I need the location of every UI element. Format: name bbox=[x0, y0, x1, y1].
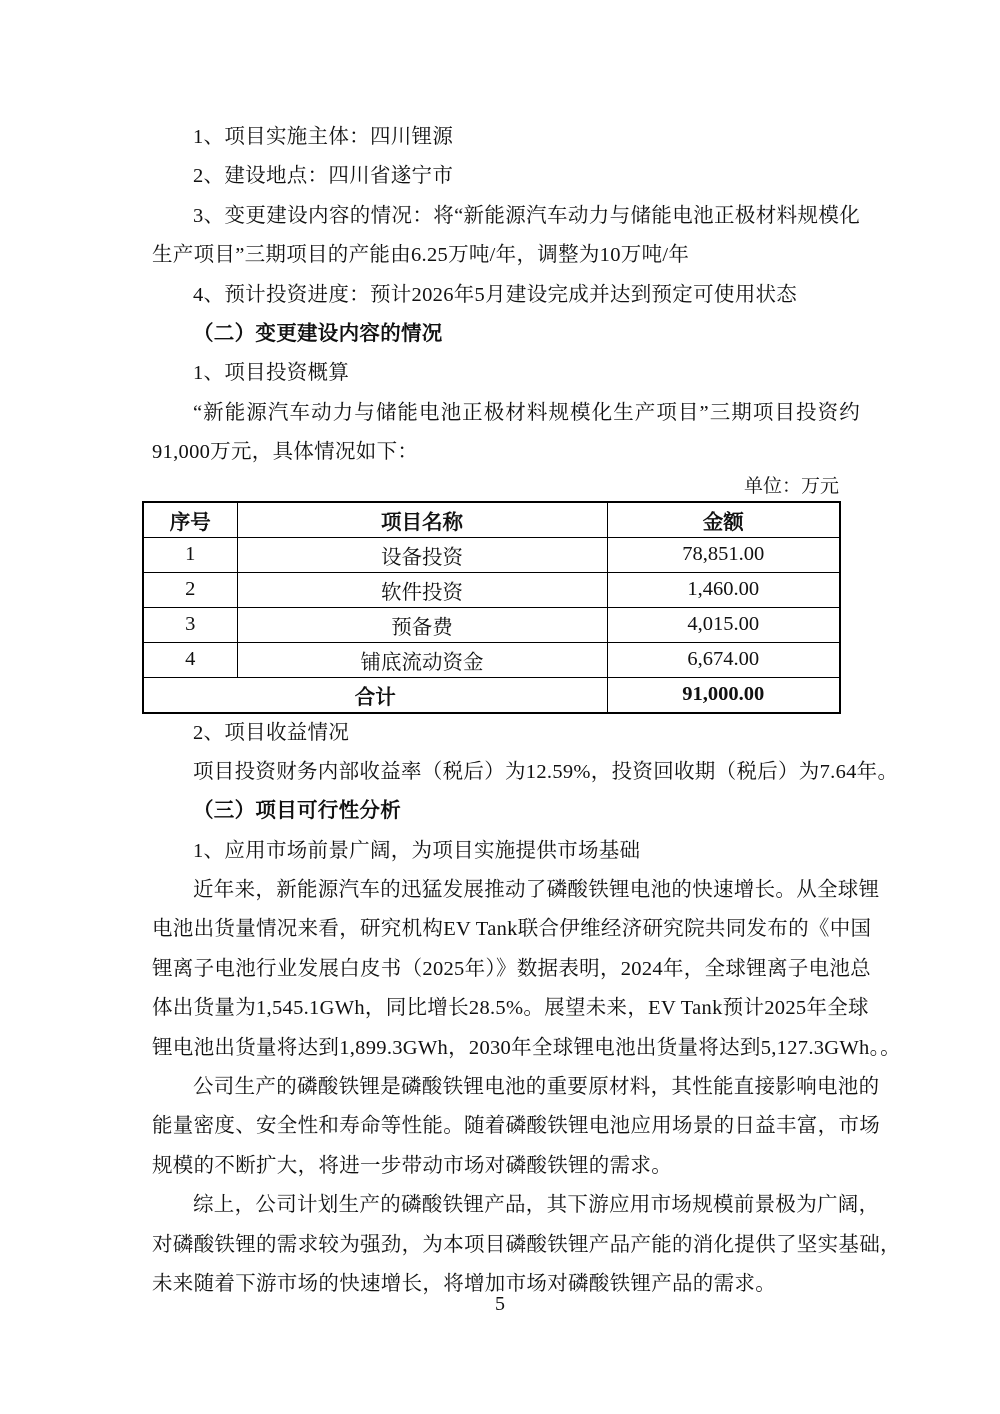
text-line: 近年来，新能源汽车的迅猛发展推动了磷酸铁锂电池的快速增长。从全球锂 bbox=[152, 871, 860, 910]
document-content: 1、项目实施主体：四川锂源2、建设地点：四川省遂宁市3、变更建设内容的情况：将“… bbox=[152, 118, 860, 1304]
text-line: 项目投资财务内部收益率（税后）为12.59%，投资回收期（税后）为7.64年。 bbox=[152, 753, 860, 792]
table-unit-note: 单位：万元 bbox=[142, 473, 839, 501]
table-row: 2软件投资1,460.00 bbox=[143, 572, 840, 607]
table-header-row: 序号 项目名称 金额 bbox=[143, 502, 840, 538]
text-line: 锂离子电池行业发展白皮书（2025年）》数据表明，2024年，全球锂离子电池总 bbox=[152, 950, 860, 989]
section-heading: （二）变更建设内容的情况 bbox=[152, 315, 860, 354]
table-cell-amount: 1,460.00 bbox=[607, 572, 840, 607]
table-cell-name: 软件投资 bbox=[237, 572, 607, 607]
table-row: 1设备投资78,851.00 bbox=[143, 537, 840, 572]
text-line: 1、应用市场前景广阔，为项目实施提供市场基础 bbox=[152, 832, 860, 871]
table-cell-name: 设备投资 bbox=[237, 537, 607, 572]
text-line: 综上，公司计划生产的磷酸铁锂产品，其下游应用市场规模前景极为广阔， bbox=[152, 1186, 860, 1225]
document-page: 1、项目实施主体：四川锂源2、建设地点：四川省遂宁市3、变更建设内容的情况：将“… bbox=[0, 0, 1000, 1414]
table-header-name: 项目名称 bbox=[237, 502, 607, 538]
table-cell-no: 1 bbox=[143, 537, 237, 572]
text-line: 电池出货量情况来看，研究机构EV Tank联合伊维经济研究院共同发布的《中国 bbox=[152, 910, 860, 949]
text-line: 锂电池出货量将达到1,899.3GWh，2030年全球锂电池出货量将达到5,12… bbox=[152, 1029, 860, 1068]
table-total-amount: 91,000.00 bbox=[607, 677, 840, 713]
section-heading: （三）项目可行性分析 bbox=[152, 792, 860, 831]
table-cell-amount: 78,851.00 bbox=[607, 537, 840, 572]
text-line: 4、预计投资进度：预计2026年5月建设完成并达到预定可使用状态 bbox=[152, 276, 860, 315]
text-line: 1、项目投资概算 bbox=[152, 354, 860, 393]
text-block-after-table: 2、项目收益情况项目投资财务内部收益率（税后）为12.59%，投资回收期（税后）… bbox=[152, 714, 860, 1305]
table-cell-amount: 4,015.00 bbox=[607, 607, 840, 642]
table-cell-no: 3 bbox=[143, 607, 237, 642]
text-line: 对磷酸铁锂的需求较为强劲，为本项目磷酸铁锂产品产能的消化提供了坚实基础， bbox=[152, 1226, 860, 1265]
text-line: 2、建设地点：四川省遂宁市 bbox=[152, 157, 860, 196]
table-cell-name: 预备费 bbox=[237, 607, 607, 642]
text-line: 能量密度、安全性和寿命等性能。随着磷酸铁锂电池应用场景的日益丰富，市场 bbox=[152, 1107, 860, 1146]
table-header-no: 序号 bbox=[143, 502, 237, 538]
text-line: “新能源汽车动力与储能电池正极材料规模化生产项目”三期项目投资约 bbox=[152, 394, 860, 433]
text-line: 规模的不断扩大，将进一步带动市场对磷酸铁锂的需求。 bbox=[152, 1147, 860, 1186]
table-cell-amount: 6,674.00 bbox=[607, 642, 840, 677]
text-line: 1、项目实施主体：四川锂源 bbox=[152, 118, 860, 157]
table-row: 4铺底流动资金6,674.00 bbox=[143, 642, 840, 677]
table-row: 3预备费4,015.00 bbox=[143, 607, 840, 642]
table-total-label: 合计 bbox=[143, 677, 607, 713]
table-header-amount: 金额 bbox=[607, 502, 840, 538]
text-line: 91,000万元，具体情况如下： bbox=[152, 433, 860, 472]
text-line: 体出货量为1,545.1GWh，同比增长28.5%。展望未来，EV Tank预计… bbox=[152, 989, 860, 1028]
page-number: 5 bbox=[0, 1288, 1000, 1320]
text-line: 2、项目收益情况 bbox=[152, 714, 860, 753]
text-line: 公司生产的磷酸铁锂是磷酸铁锂电池的重要原材料，其性能直接影响电池的 bbox=[152, 1068, 860, 1107]
text-block-before-table: 1、项目实施主体：四川锂源2、建设地点：四川省遂宁市3、变更建设内容的情况：将“… bbox=[152, 118, 860, 473]
text-line: 生产项目”三期项目的产能由6.25万吨/年，调整为10万吨/年 bbox=[152, 236, 860, 275]
text-line: 3、变更建设内容的情况：将“新能源汽车动力与储能电池正极材料规模化 bbox=[152, 197, 860, 236]
table-cell-no: 4 bbox=[143, 642, 237, 677]
investment-table: 序号 项目名称 金额 1设备投资78,851.002软件投资1,460.003预… bbox=[142, 501, 841, 714]
table-cell-no: 2 bbox=[143, 572, 237, 607]
table-cell-name: 铺底流动资金 bbox=[237, 642, 607, 677]
table-total-row: 合计 91,000.00 bbox=[143, 677, 840, 713]
